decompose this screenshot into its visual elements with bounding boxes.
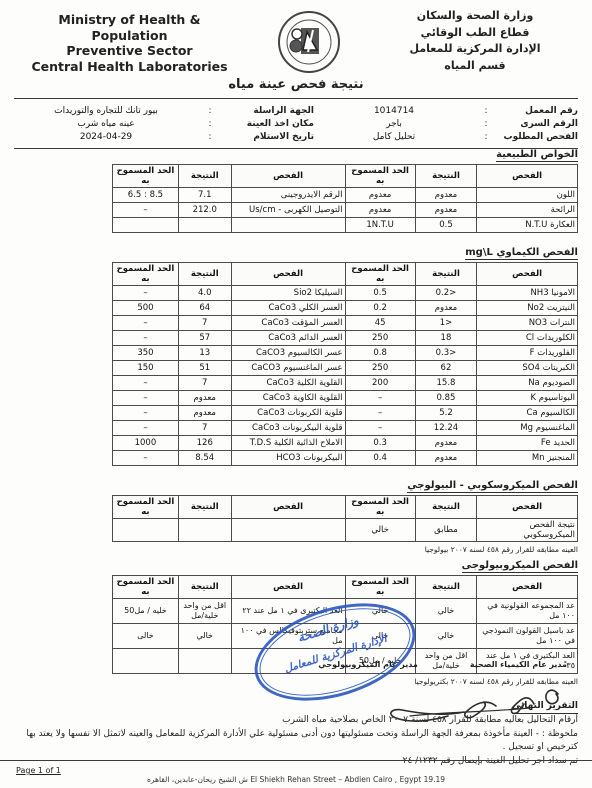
column-header-limit: الحد المسموح به — [345, 575, 415, 598]
limit-cell: 500 — [113, 300, 179, 315]
result-cell: 5.2 — [415, 405, 476, 420]
test-name-cell: اللون — [477, 187, 578, 202]
result-cell: خالي — [415, 623, 476, 648]
test-name-cell: التوصيل الكهربى - Us/cm — [231, 202, 345, 217]
test-name-cell: النيتريت No2 — [477, 300, 578, 315]
limit-cell: 200 — [345, 375, 415, 390]
sample-info-section: رقم المعمل: 1014714 الجهة الراسلة: بيور … — [0, 99, 592, 148]
lab-report-page: { "header": { "english_lines": ["Ministr… — [0, 0, 592, 788]
result-cell: 15.8 — [415, 375, 476, 390]
test-name-cell: الكلوريدات Cl — [477, 330, 578, 345]
limit-cell: – — [113, 315, 179, 330]
table-row: عد المجموعه القولونية في ١٠٠ ملخاليخاليا… — [113, 598, 578, 623]
column-header-limit: الحد المسموح به — [345, 164, 415, 187]
microscopic-table: الفحص النتيجة الحد المسموح به الفحص النت… — [112, 495, 578, 542]
signature-labels: مدير عام الكيمياء الصحية مدير عام الميكر… — [237, 660, 567, 669]
result-cell: 7.1 — [178, 187, 231, 202]
test-name-cell: الصوديوم Na — [477, 375, 578, 390]
result-cell: 7 — [178, 420, 231, 435]
microscopic-section-title: الفحص الميكروسكوبي - البيولوجي — [14, 480, 578, 493]
column-header-result: النتيجة — [178, 495, 231, 518]
limit-cell: معدوم — [345, 187, 415, 202]
column-header-test: الفحص — [477, 262, 578, 285]
required-test-value: تحليل كامل — [314, 132, 474, 142]
test-name-cell: البيكربونات HCO3 — [231, 450, 345, 465]
table-row: النيتريت No2معدوم0.2العسر الكلي CaCo3645… — [113, 300, 578, 315]
microbiological-section-title: الفحص الميكروبيولوجى — [14, 560, 578, 573]
limit-cell: 50خليه / مل — [113, 598, 179, 623]
limit-cell: – — [113, 405, 179, 420]
column-header-test: الفحص — [231, 262, 345, 285]
column-header-result: النتيجة — [178, 164, 231, 187]
microscopic-conformity-note: العينه مطابقه للقرار رقم ٤٥٨ لسنه ٢٠٠٧ ب… — [14, 545, 578, 554]
header-line-ar: قطاع الطب الوقائي — [380, 25, 570, 42]
colon: : — [474, 132, 498, 142]
test-name-cell — [231, 217, 345, 232]
microbiological-table: الفحص النتيجة الحد المسموح به الفحص النت… — [112, 575, 578, 674]
limit-cell: – — [345, 405, 415, 420]
limit-cell: – — [345, 390, 415, 405]
result-cell: خالي — [178, 623, 231, 648]
column-header-limit: الحد المسموح به — [113, 164, 179, 187]
result-cell: خالي — [415, 598, 476, 623]
limit-cell: – — [113, 285, 179, 300]
sender-value: بيور تانك للتجاره والتوريدات — [14, 106, 198, 116]
test-name-cell: الكبريتات SO4 — [477, 360, 578, 375]
column-header-limit: الحد المسموح به — [113, 575, 179, 598]
table-row: المنجنيز Mnمعدوم0.4البيكربونات HCO38.54– — [113, 450, 578, 465]
header-line-ar: قسم المياه — [380, 58, 570, 75]
result-cell: 57 — [178, 330, 231, 345]
column-header-result: النتيجة — [178, 262, 231, 285]
test-name-cell: العسر المؤقت CaCo3 — [231, 315, 345, 330]
limit-cell: خالى — [113, 623, 179, 648]
header-line-en: Ministry of Health & Population — [22, 12, 237, 43]
table-row: البوتاسيوم K0.85–القلوية الكاوية CaCo3مع… — [113, 390, 578, 405]
table-row: العكارة N.T.U0.51N.T.U — [113, 217, 578, 232]
limit-cell: معدوم — [345, 202, 415, 217]
test-name-cell: البوتاسيوم K — [477, 390, 578, 405]
result-cell: 212.0 — [178, 202, 231, 217]
result-cell: 64 — [178, 300, 231, 315]
table-row: اللونمعدوممعدومالرقم الايدروجينى7.16.5 :… — [113, 187, 578, 202]
limit-cell: – — [113, 375, 179, 390]
column-header-test: الفحص — [477, 164, 578, 187]
test-name-cell: عسر الكالسيوم CaCO3 — [231, 345, 345, 360]
lab-number-value: 1014714 — [314, 106, 474, 116]
table-row: الكالسيوم Ca5.2–قلوية الكربونات CaCo3معد… — [113, 405, 578, 420]
colon: : — [198, 132, 222, 142]
test-name-cell: العكارة N.T.U — [477, 217, 578, 232]
test-name-cell: قلوية البيكربونات CaCo3 — [231, 420, 345, 435]
table-row: الفلوريدات F0.3>0.8عسر الكالسيوم CaCO313… — [113, 345, 578, 360]
column-header-test: الفحص — [231, 575, 345, 598]
info-row: الرقم السرى: باجر مكان اخذ العينة: عينه … — [14, 119, 578, 129]
table-row: الصوديوم Na15.8200القلوية الكلية CaCo37– — [113, 375, 578, 390]
lab-address: ش الشيخ ريحان-عابدين، القاهره El Shiekh … — [0, 775, 592, 784]
physical-section-title: الخواص الطبيعية — [14, 149, 578, 162]
limit-cell: 45 — [345, 315, 415, 330]
colon: : — [198, 119, 222, 129]
test-name-cell: العسر الكلي CaCo3 — [231, 300, 345, 315]
receive-date-value: 2024-04-29 — [14, 132, 198, 142]
test-name-cell: نتيجة الفحص الميكروسكوبي — [477, 518, 578, 541]
test-name-cell — [231, 518, 345, 541]
table-header-row: الفحص النتيجة الحد المسموح به الفحص النت… — [113, 262, 578, 285]
sample-place-value: عينه مياه شرب — [14, 119, 198, 129]
result-cell — [178, 648, 231, 673]
test-name-cell: قلوية الكربونات CaCo3 — [231, 405, 345, 420]
column-header-test: الفحص — [231, 164, 345, 187]
limit-cell: 0.2 — [345, 300, 415, 315]
info-row: رقم المعمل: 1014714 الجهة الراسلة: بيور … — [14, 106, 578, 116]
table-row: الرائحةمعدوممعدومالتوصيل الكهربى - Us/cm… — [113, 202, 578, 217]
info-label: رقم المعمل — [498, 106, 578, 116]
limit-cell: 0.3 — [345, 435, 415, 450]
result-cell: معدوم — [415, 435, 476, 450]
test-name-cell: النترات NO3 — [477, 315, 578, 330]
result-cell: 126 — [178, 435, 231, 450]
result-cell: 4.0 — [178, 285, 231, 300]
test-name-cell: الرائحة — [477, 202, 578, 217]
header-line-en: Preventive Sector — [22, 43, 237, 59]
header-line-ar: وزارة الصحة والسكان — [380, 8, 570, 25]
test-name-cell: الامونيا NH3 — [477, 285, 578, 300]
table-row: الكبريتات SO462250عسر الماغنسيوم CaCO351… — [113, 360, 578, 375]
result-cell: 7 — [178, 375, 231, 390]
info-label: الجهة الراسلة — [222, 106, 314, 116]
info-row: الفحص المطلوب: تحليل كامل تاريخ الاستلام… — [14, 132, 578, 142]
test-name-cell: عسر الماغنسيوم CaCO3 — [231, 360, 345, 375]
column-header-result: النتيجة — [415, 575, 476, 598]
test-name-cell: الكالسيوم Ca — [477, 405, 578, 420]
info-label: تاريخ الاستلام — [222, 132, 314, 142]
chemical-tests-table: الفحص النتيجة الحد المسموح به الفحص النت… — [112, 262, 578, 466]
column-header-test: الفحص — [477, 575, 578, 598]
table-header-row: الفحص النتيجة الحد المسموح به الفحص النت… — [113, 164, 578, 187]
result-cell: 0.2> — [415, 285, 476, 300]
limit-cell: – — [113, 420, 179, 435]
test-name-cell: العسر الدائم CaCo3 — [231, 330, 345, 345]
column-header-limit: الحد المسموح به — [345, 495, 415, 518]
limit-cell: 1N.T.U — [345, 217, 415, 232]
result-cell: اقل من واحد خلية/مل — [178, 598, 231, 623]
result-cell: 12.24 — [415, 420, 476, 435]
payment-receipt-line: تم سداد اجر تحليل العينة بإيصال رقم ١٢٣٢… — [14, 755, 578, 769]
test-name-cell: عد المجموعه القولونية في ١٠٠ مل — [477, 598, 578, 623]
limit-cell: – — [113, 450, 179, 465]
column-header-result: النتيجة — [415, 164, 476, 187]
ministry-name-english: Ministry of Health & Population Preventi… — [22, 12, 237, 75]
test-name-cell: الحديد Fe — [477, 435, 578, 450]
test-name-cell: الفلوريدات F — [477, 345, 578, 360]
table-row: النترات NO31>45العسر المؤقت CaCo37– — [113, 315, 578, 330]
ministry-name-arabic: وزارة الصحة والسكان قطاع الطب الوقائي ال… — [380, 8, 570, 74]
column-header-limit: الحد المسموح به — [113, 495, 179, 518]
result-cell: معدوم — [178, 405, 231, 420]
limit-cell: خالي — [345, 518, 415, 541]
info-label: مكان اخذ العينة — [222, 119, 314, 129]
table-row: نتيجة الفحص الميكروسكوبيمطابقخالي — [113, 518, 578, 541]
result-cell: مطابق — [415, 518, 476, 541]
test-name-cell: السيليكا Sio2 — [231, 285, 345, 300]
microbiology-director-label: مدير عام الميكروبيولوجي — [318, 660, 418, 669]
table-row: الماغنسيوم Mg12.24–قلوية البيكربونات CaC… — [113, 420, 578, 435]
page-number: Page 1 of 1 — [16, 766, 61, 775]
table-header-row: الفحص النتيجة الحد المسموح به الفحص النت… — [113, 495, 578, 518]
result-cell: 18 — [415, 330, 476, 345]
table-row: الكلوريدات Cl18250العسر الدائم CaCo357– — [113, 330, 578, 345]
document-title: نتيجة فحص عينة مياه — [0, 77, 592, 92]
report-header: Ministry of Health & Population Preventi… — [0, 0, 592, 75]
column-header-limit: الحد المسموح به — [345, 262, 415, 285]
final-report-disclaimer: ملحوظة : - العينة مأخوذة بمعرفة الجهة ال… — [14, 728, 578, 755]
test-name-cell: العد البكتيرى في ١ مل عند ٢٢ — [231, 598, 345, 623]
result-cell: 62 — [415, 360, 476, 375]
table-header-row: الفحص النتيجة الحد المسموح به الفحص النت… — [113, 575, 578, 598]
column-header-limit: الحد المسموح به — [113, 262, 179, 285]
colon: : — [198, 106, 222, 116]
test-name-cell: الرقم الايدروجينى — [231, 187, 345, 202]
table-row: عد باسيل القولون النموذجي في ١٠٠ ملخاليخ… — [113, 623, 578, 648]
limit-cell — [113, 518, 179, 541]
test-name-cell: عد باسيل القولون النموذجي في ١٠٠ مل — [477, 623, 578, 648]
chemistry-director-label: مدير عام الكيمياء الصحية — [470, 660, 567, 669]
limit-cell: 1000 — [113, 435, 179, 450]
limit-cell: خالي — [345, 598, 415, 623]
limit-cell: – — [113, 330, 179, 345]
colon: : — [474, 106, 498, 116]
limit-cell: 6.5 : 8.5 — [113, 187, 179, 202]
info-label: الفحص المطلوب — [498, 132, 578, 142]
test-name-cell: الماغنسيوم Mg — [477, 420, 578, 435]
column-header-test: الفحص — [477, 495, 578, 518]
footer-divider — [0, 760, 592, 761]
limit-cell: 250 — [345, 360, 415, 375]
info-label: الرقم السرى — [498, 119, 578, 129]
test-name-cell: مجاميع ستربتوفيكالس في ١٠٠ مل — [231, 623, 345, 648]
result-cell: 0.5 — [415, 217, 476, 232]
header-line-ar: الإدارة المركزية للمعامل — [380, 41, 570, 58]
ministry-lab-seal-icon — [277, 10, 341, 74]
limit-cell: 250 — [345, 330, 415, 345]
limit-cell: 0.5 — [345, 285, 415, 300]
physical-properties-table: الفحص النتيجة الحد المسموح به الفحص النت… — [112, 164, 578, 233]
secret-number-value: باجر — [314, 119, 474, 129]
result-cell — [178, 217, 231, 232]
limit-cell: 150 — [113, 360, 179, 375]
limit-cell: – — [345, 420, 415, 435]
limit-cell: 350 — [113, 345, 179, 360]
limit-cell: – — [113, 390, 179, 405]
colon: : — [474, 119, 498, 129]
limit-cell — [113, 648, 179, 673]
result-cell: 13 — [178, 345, 231, 360]
header-line-en: Central Health Laboratories — [22, 59, 237, 75]
result-cell: معدوم — [415, 300, 476, 315]
table-row: الحديد Feمعدوم0.3الاملاح الذائبة الكلية … — [113, 435, 578, 450]
result-cell — [178, 518, 231, 541]
column-header-result: النتيجة — [415, 262, 476, 285]
column-header-test: الفحص — [231, 495, 345, 518]
column-header-result: النتيجة — [178, 575, 231, 598]
test-name-cell: المنجنيز Mn — [477, 450, 578, 465]
result-cell: 7 — [178, 315, 231, 330]
limit-cell: 0.4 — [345, 450, 415, 465]
result-cell: معدوم — [415, 450, 476, 465]
column-header-result: النتيجة — [415, 495, 476, 518]
result-cell: 51 — [178, 360, 231, 375]
limit-cell: خالي — [345, 623, 415, 648]
test-name-cell: القلوية الكاوية CaCo3 — [231, 390, 345, 405]
limit-cell: 0.8 — [345, 345, 415, 360]
result-cell: 0.85 — [415, 390, 476, 405]
chemical-section-title: الفحص الكيماوي mg\L — [14, 247, 578, 260]
result-cell: معدوم — [415, 187, 476, 202]
result-cell: 1> — [415, 315, 476, 330]
handwritten-signature — [380, 676, 570, 728]
table-row: الامونيا NH30.2>0.5السيليكا Sio24.0– — [113, 285, 578, 300]
result-cell: معدوم — [178, 390, 231, 405]
test-name-cell: الاملاح الذائبة الكلية T.D.S — [231, 435, 345, 450]
result-cell: 0.3> — [415, 345, 476, 360]
result-cell: معدوم — [415, 202, 476, 217]
limit-cell — [113, 217, 179, 232]
limit-cell: – — [113, 202, 179, 217]
result-cell: 8.54 — [178, 450, 231, 465]
test-name-cell: القلوية الكلية CaCo3 — [231, 375, 345, 390]
